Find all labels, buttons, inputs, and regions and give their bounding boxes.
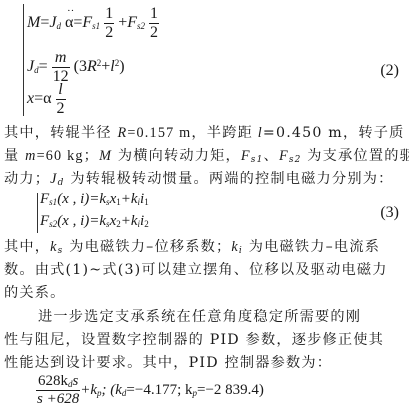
paragraph-1-line-1: 其中，转辊半径 R=0.157 m，半跨距 l=0.450 m，转子质 [4,122,405,142]
equation-3-number: (3) [380,204,399,222]
equation-3-line-1: Fs1(x , i)=ksx1+kii1 [40,191,149,208]
equation-2-line-2: Jd= m12 (3R2+l2) [27,50,125,85]
paragraph-2-line-3: 的关系。 [4,282,66,302]
equation-3-brace [37,193,38,233]
equation-2-brace [23,4,24,116]
paragraph-3-line-1: 进一步选定支承系统在任意角度稳定所需要的刚 [38,306,361,326]
paragraph-2-line-2: 数。由式(1)~式(3)可以建立摆角、位移以及驱动电磁力 [4,259,388,279]
equation-2-line-1: M=Jd α··=Fs1 12 +Fs2 12 [27,6,159,41]
paragraph-1-line-2: 量 m=60 kg；M 为横向转动力矩，Fs1、Fs2 为支承位置的驱 [4,145,409,165]
equation-2-number: (2) [380,62,399,80]
paragraph-3-line-2: 性与阻尼，设置数字控制器的 PID 参数，逐步修正使其 [4,329,384,349]
equation-pid: 628kds s +628 +kp; (kd=−4.177; kp=−2 839… [36,374,264,407]
paragraph-1-line-3: 动力；Jd 为转辊极转动惯量。两端的控制电磁力分别为： [4,168,394,188]
equation-3-line-2: Fs2(x , i)=ksx2+kii2 [40,213,149,230]
equation-2-line-3: x=α l2 [27,82,66,117]
paragraph-2-line-1: 其中，ks 为电磁铁力–位移系数；ki 为电磁铁力–电流系 [4,236,380,256]
paragraph-3-line-3: 性能达到设计要求。其中，PID 控制器参数为： [4,352,332,372]
